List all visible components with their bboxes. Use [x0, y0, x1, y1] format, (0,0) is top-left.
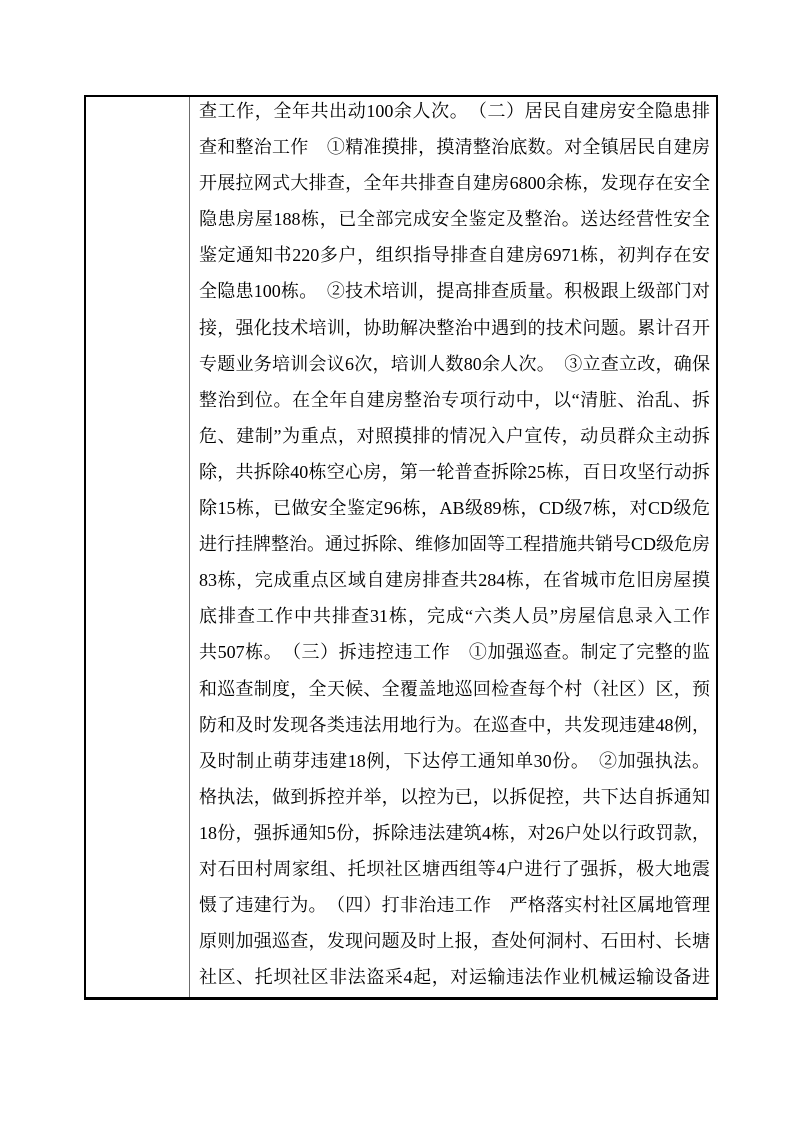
text-line: 危、建制”为重点，对照摸排的情况入户宣传，动员群众主动拆	[199, 418, 710, 454]
text-line: 专题业务培训会议6次，培训人数80余人次。 ③立查立改，确保	[199, 346, 710, 382]
text-line: 社区、托坝社区非法盗采4起，对运输违法作业机械运输设备进	[199, 959, 710, 995]
body-text: 查工作，全年共出动100余人次。 （二）居民自建房安全隐患排查和整治工作 ①精准…	[199, 97, 710, 995]
text-line: 查和整治工作 ①精准摸排，摸清整治底数。对全镇居民自建房	[199, 129, 710, 165]
table-left-cell	[86, 97, 190, 997]
text-line: 18份，强拆通知5份，拆除违法建筑4栋，对26户处以行政罚款，	[199, 815, 710, 851]
text-line: 开展拉网式大排查，全年共排查自建房6800余栋，发现存在安全	[199, 165, 710, 201]
text-line: 格执法，做到拆控并举，以控为已，以拆促控，共下达自拆通知	[199, 779, 710, 815]
text-line: 接，强化技术培训，协助解决整治中遇到的技术问题。累计召开	[199, 310, 710, 346]
text-line: 慑了违建行为。 （四）打非治违工作 严格落实村社区属地管理	[199, 887, 710, 923]
text-line: 鉴定通知书220多户，组织指导排查自建房6971栋，初判存在安	[199, 237, 710, 273]
text-line: 进行挂牌整治。通过拆除、维修加固等工程措施共销号CD级危房	[199, 526, 710, 562]
text-line: 隐患房屋188栋，已全部完成安全鉴定及整治。送达经营性安全	[199, 201, 710, 237]
text-line: 除15栋，已做安全鉴定96栋，AB级89栋，CD级7栋，对CD级危房已	[199, 490, 710, 526]
text-line: 共507栋。 （三）拆违控违工作 ①加强巡查。制定了完整的监管	[199, 634, 710, 670]
text-line: 整治到位。在全年自建房整治专项行动中，以“清脏、治乱、拆	[199, 382, 710, 418]
table-right-cell: 查工作，全年共出动100余人次。 （二）居民自建房安全隐患排查和整治工作 ①精准…	[190, 97, 716, 997]
document-page: 查工作，全年共出动100余人次。 （二）居民自建房安全隐患排查和整治工作 ①精准…	[0, 0, 794, 1122]
text-line: 防和及时发现各类违法用地行为。在巡查中，共发现违建48例，	[199, 707, 710, 743]
text-line: 查工作，全年共出动100余人次。 （二）居民自建房安全隐患排	[199, 97, 710, 129]
text-line: 全隐患100栋。 ②技术培训，提高排查质量。积极跟上级部门对	[199, 273, 710, 309]
text-line: 除，共拆除40栋空心房，第一轮普查拆除25栋，百日攻坚行动拆	[199, 454, 710, 490]
text-line: 原则加强巡查，发现问题及时上报，查处何洞村、石田村、长塘	[199, 923, 710, 959]
text-line: 对石田村周家组、托坝社区塘西组等4户进行了强拆，极大地震	[199, 851, 710, 887]
text-line: 和巡查制度，全天候、全覆盖地巡回检查每个村（社区）区，预	[199, 671, 710, 707]
text-line: 83栋，完成重点区域自建房排查共284栋，在省城市危旧房屋摸	[199, 562, 710, 598]
text-line: 及时制止萌芽违建18例，下达停工通知单30份。 ②加强执法。严	[199, 743, 710, 779]
text-line: 底排查工作中共排查31栋，完成“六类人员”房屋信息录入工作	[199, 598, 710, 634]
content-table: 查工作，全年共出动100余人次。 （二）居民自建房安全隐患排查和整治工作 ①精准…	[84, 95, 718, 1000]
